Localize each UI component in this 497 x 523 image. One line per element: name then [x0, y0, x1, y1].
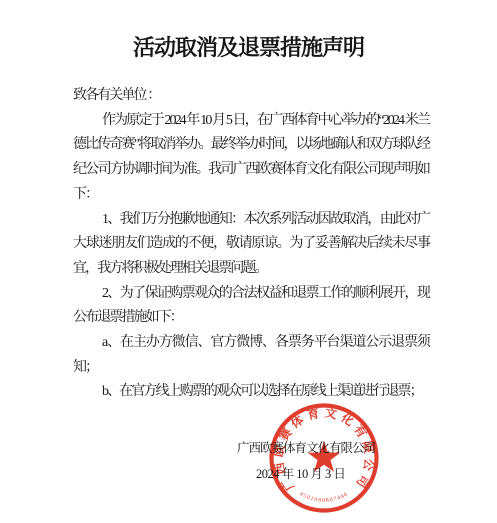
signature-company-name: 广西欧赛体育文化有限公司 — [237, 438, 375, 456]
document-body: 致各有关单位 ： 作为原定于 2024 年 10 月 5 日，在广西体育中心举办… — [73, 84, 429, 405]
seal-code-number: 4501080807446 — [298, 491, 349, 504]
company-seal-stamp: 广西欧赛体育文化有限公司 4501080807446 — [265, 400, 383, 516]
paragraph-intro: 作为原定于 2024 年 10 月 5 日，在广西体育中心举办的“2024 米兰… — [73, 109, 429, 208]
document-page: 活动取消及退票措施声明 致各有关单位 ： 作为原定于 2024 年 10 月 5… — [0, 0, 497, 523]
seal-ring — [272, 406, 377, 511]
salutation-line: 致各有关单位 ： — [73, 84, 429, 109]
paragraph-item-a: a、在主办方微信、官方微博、各票务平台渠道公示退票须知； — [73, 331, 429, 380]
document-title: 活动取消及退票措施声明 — [0, 31, 497, 62]
paragraph-item-1: 1、我们万分抱歉地通知：本次系列活动因故取消，由此对广大球迷朋友们造成的不便，敬… — [73, 208, 429, 282]
signature-date: 2024 年 10 月 3 日 — [256, 464, 345, 482]
paragraph-item-b: b、在官方线上购票的观众可以选择在原线上渠道进行退票； — [73, 380, 429, 405]
paragraph-item-2: 2、为了保证购票观众的合法权益和退票工作的顺利展开，现公布退票措施如下： — [73, 282, 429, 331]
